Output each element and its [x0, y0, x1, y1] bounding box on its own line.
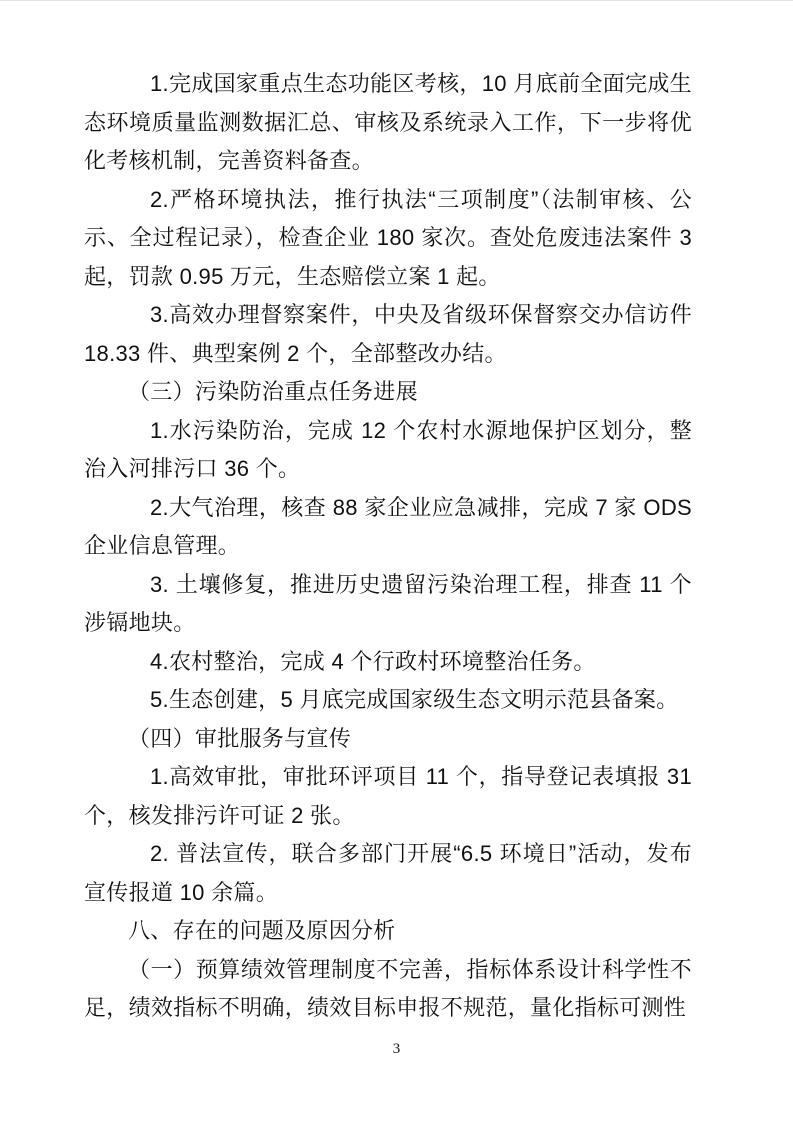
page-body: 1.完成国家重点生态功能区考核，10 月底前全面完成生态环境质量监测数据汇总、审…: [84, 65, 692, 1028]
paragraph-inspection-cases: 3.高效办理督察案件，中央及省级环保督察交办信访件 18.33 件、典型案例 2…: [84, 296, 692, 373]
document-page: 1.完成国家重点生态功能区考核，10 月底前全面完成生态环境质量监测数据汇总、审…: [0, 0, 793, 1123]
paragraph-efficient-approval: 1.高效审批，审批环评项目 11 个，指导登记表填报 31 个，核发排污许可证 …: [84, 758, 692, 835]
paragraph-functional-zone-assessment: 1.完成国家重点生态功能区考核，10 月底前全面完成生态环境质量监测数据汇总、审…: [84, 65, 692, 181]
paragraph-rural-improvement: 4.农村整治，完成 4 个行政村环境整治任务。: [84, 643, 692, 682]
paragraph-eco-creation: 5.生态创建，5 月底完成国家级生态文明示范县备案。: [84, 681, 692, 720]
heading-approval-service-publicity: （四）审批服务与宣传: [84, 720, 692, 759]
heading-pollution-control-tasks: （三）污染防治重点任务进展: [84, 373, 692, 412]
paragraph-water-pollution: 1.水污染防治，完成 12 个农村水源地保护区划分，整治入河排污口 36 个。: [84, 412, 692, 489]
heading-problems-and-causes: 八、存在的问题及原因分析: [84, 912, 692, 951]
paragraph-law-publicity: 2. 普法宣传，联合多部门开展“6.5 环境日”活动，发布宣传报道 10 余篇。: [84, 835, 692, 912]
paragraph-air-governance: 2.大气治理，核查 88 家企业应急减排，完成 7 家 ODS 企业信息管理。: [84, 489, 692, 566]
paragraph-enforcement: 2.严格环境执法，推行执法“三项制度”（法制审核、公示、全过程记录），检查企业 …: [84, 181, 692, 297]
paragraph-budget-performance-issues: （一）预算绩效管理制度不完善，指标体系设计科学性不足，绩效指标不明确，绩效目标申…: [84, 951, 692, 1028]
paragraph-soil-remediation: 3. 土壤修复，推进历史遗留污染治理工程，排查 11 个涉镉地块。: [84, 566, 692, 643]
page-number: 3: [0, 1039, 793, 1059]
